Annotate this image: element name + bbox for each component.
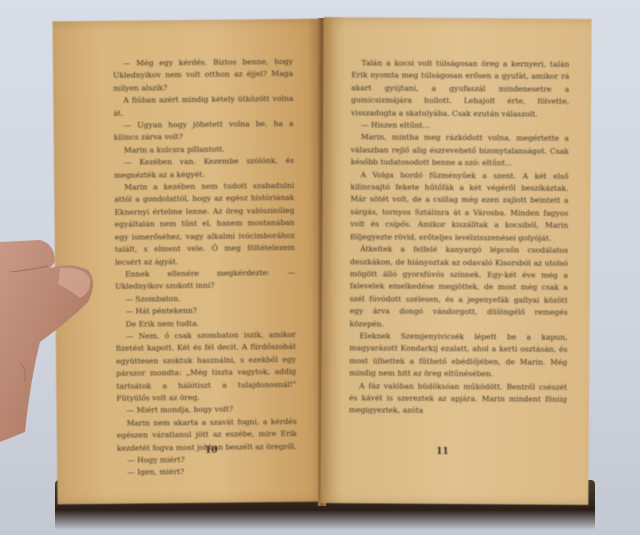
- paragraph: Talán a kocsi volt túlságosan öreg a ker…: [351, 57, 569, 121]
- right-page: Talán a kocsi volt túlságosan öreg a ker…: [320, 17, 591, 505]
- left-page-text: — Még egy kérdés. Biztos benne, hogy Ukl…: [113, 56, 297, 480]
- paragraph: Marin a kezében nem tudott szabadulni at…: [114, 180, 295, 269]
- paragraph: Eleknek Szemjenyivicsék lépett be a kapu…: [349, 330, 567, 381]
- paragraph: A Volga bordó fűzményűek a szent. A két …: [350, 169, 569, 245]
- paragraph: — Kezében van. Kezembe szólónk, és megné…: [114, 155, 294, 182]
- right-page-text: Talán a kocsi volt túlságosan öreg a ker…: [349, 57, 570, 418]
- paragraph: Marin, mintha meg rázkódott volna, megér…: [351, 132, 569, 171]
- paragraph: — Még egy kérdés. Biztos benne, hogy Ukl…: [113, 56, 293, 95]
- thumb-holding-book: [0, 232, 95, 442]
- paragraph: A fiúban azért mindig kétely ütközött vo…: [113, 93, 293, 120]
- paragraph: — Ugyan hogy jöhetett volna be, ha a kil…: [114, 118, 294, 145]
- paragraph: Átkeltek a felfelé kanyargó lépcsőn csod…: [350, 243, 569, 331]
- right-page-number: 11: [436, 445, 449, 457]
- paragraph: — Igen, miért?: [117, 465, 297, 479]
- paragraph: Ennek ellenére megkérdezte: — Uklednyiko…: [115, 267, 295, 294]
- left-page-number: 10: [205, 444, 218, 457]
- paragraph: A fáz valóban büdöksóan működött. Bentrő…: [349, 380, 567, 419]
- paragraph: — Nem, ő csak szombaton iszik, amikor fi…: [116, 329, 297, 405]
